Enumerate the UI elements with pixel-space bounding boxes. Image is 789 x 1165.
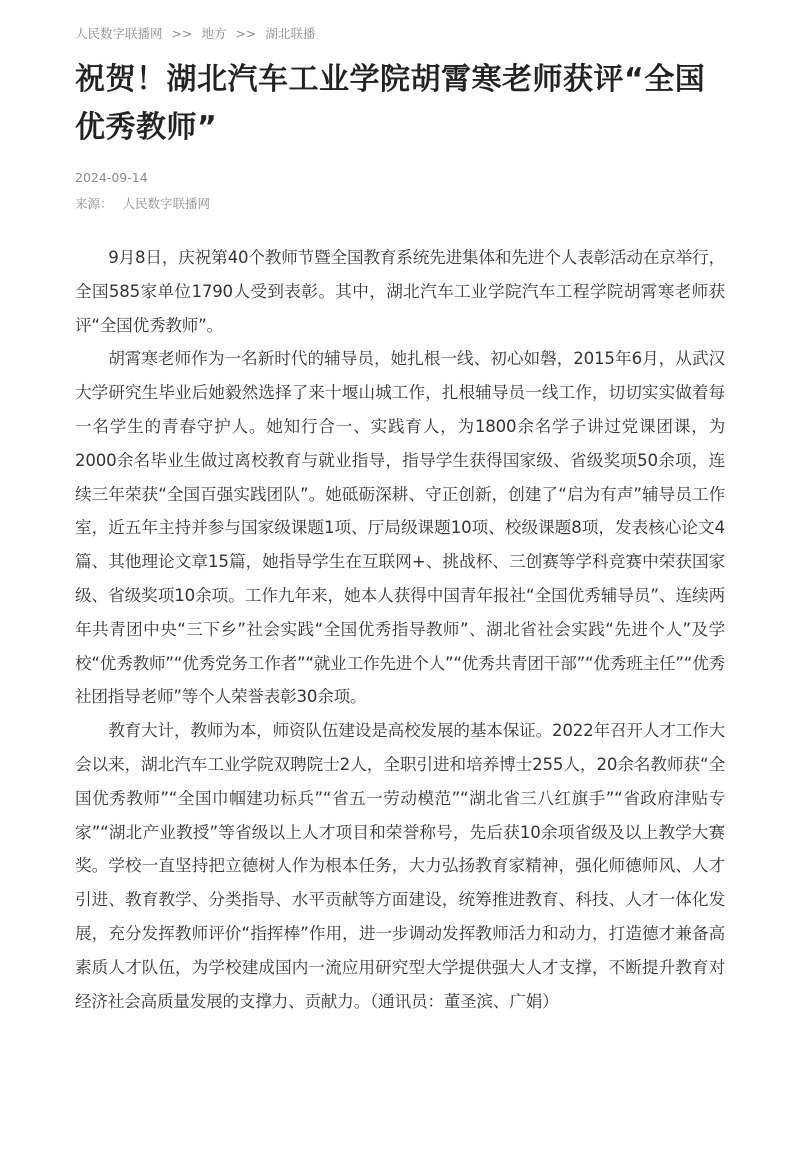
article-title: 祝贺！湖北汽车工业学院胡霄寒老师获评“全国优秀教师” (75, 56, 725, 152)
article-body: 9月8日，庆祝第40个教师节暨全国教育系统先进集体和先进个人表彰活动在京举行，全… (75, 241, 725, 1018)
publish-date: 2024-09-14 (75, 170, 148, 185)
breadcrumb-separator: >> (235, 26, 256, 41)
breadcrumb-link-local[interactable]: 地方 (201, 26, 226, 41)
breadcrumb: 人民数字联播网 >> 地方 >> 湖北联播 (75, 24, 315, 42)
source-name: 人民数字联播网 (123, 196, 211, 211)
breadcrumb-separator: >> (172, 26, 193, 41)
article-source: 来源：人民数字联播网 (75, 194, 210, 212)
source-label: 来源： (75, 196, 113, 211)
breadcrumb-link-home[interactable]: 人民数字联播网 (75, 26, 163, 41)
paragraph: 教育大计，教师为本，师资队伍建设是高校发展的基本保证。2022年召开人才工作大会… (75, 714, 725, 1018)
breadcrumb-link-hubei[interactable]: 湖北联播 (265, 26, 315, 41)
paragraph: 9月8日，庆祝第40个教师节暨全国教育系统先进集体和先进个人表彰活动在京举行，全… (75, 241, 725, 342)
paragraph: 胡霄寒老师作为一名新时代的辅导员，她扎根一线、初心如磐，2015年6月，从武汉大… (75, 342, 725, 714)
